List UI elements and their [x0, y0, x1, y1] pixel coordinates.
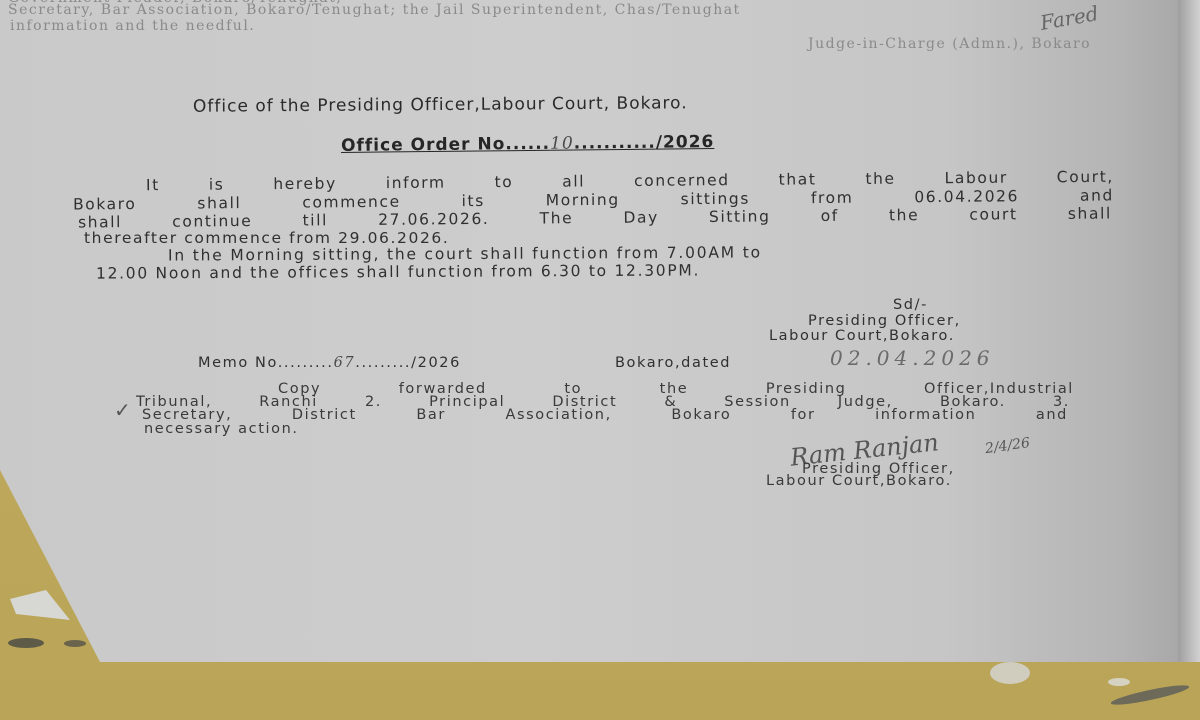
- wall-paint-chip: [990, 662, 1030, 684]
- order-suffix: /2026: [656, 132, 715, 153]
- handwritten-order-number: 10: [550, 134, 574, 154]
- handwritten-tick-icon: ✓: [114, 398, 131, 422]
- previous-signatory: Judge-in-Charge (Admn.), Bokaro: [808, 36, 1091, 52]
- signatory-office: Labour Court,Bokaro.: [769, 328, 955, 344]
- signatory-title: Presiding Officer,: [808, 313, 961, 329]
- previous-notice-line: Secretary, Bar Association, Bokaro/Tenug…: [8, 2, 741, 18]
- paragraph2-line: 12.00 Noon and the offices shall functio…: [96, 261, 700, 282]
- office-order-number: Office Order No......10.........../2026: [341, 132, 715, 156]
- handwritten-memo-number: 67: [334, 355, 356, 371]
- wall-paint-chip: [64, 640, 86, 647]
- previous-notice-line: information and the needful.: [10, 18, 255, 34]
- copy-last-line: necessary action.: [144, 421, 299, 437]
- paper-right-edge: [1178, 0, 1200, 662]
- wall-paint-chip: [8, 638, 44, 648]
- wall-paint-chip: [1108, 678, 1130, 686]
- final-signatory-office: Labour Court,Bokaro.: [766, 473, 952, 489]
- memo-number: Memo No.........67........./2026: [198, 355, 461, 371]
- memo-place-dated: Bokaro,dated: [615, 355, 731, 371]
- paragraph1-last-line: thereafter commence from 29.06.2026.: [84, 229, 449, 247]
- sd-mark: Sd/-: [893, 297, 928, 313]
- handwritten-memo-date: 02.04.2026: [830, 346, 995, 370]
- office-heading: Office of the Presiding Officer,Labour C…: [193, 93, 688, 116]
- order-prefix: Office Order No: [341, 134, 506, 156]
